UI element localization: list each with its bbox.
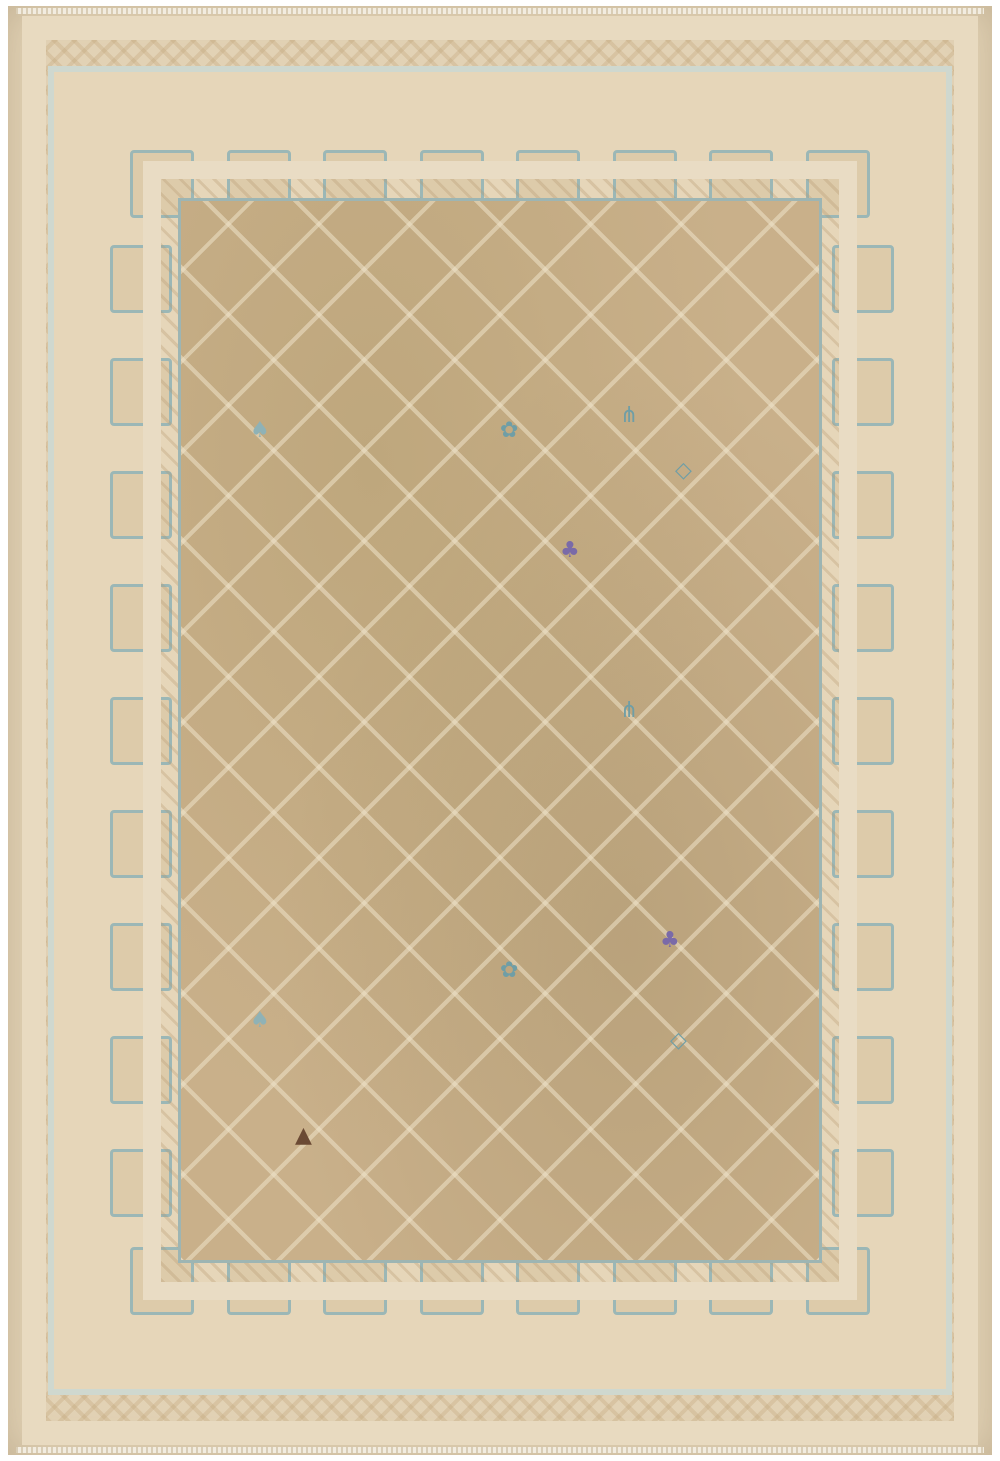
floral-motif-icon: ▲ xyxy=(295,1125,312,1147)
floral-motif-icon: ⋔ xyxy=(620,405,638,427)
floral-motif-icon: ♣ xyxy=(660,930,680,952)
floral-motif-icon: ♠ xyxy=(250,420,270,442)
rug-fringe-bottom xyxy=(16,1447,984,1453)
floral-motif-icon: ♣ xyxy=(560,540,580,562)
floral-motif-icon: ✿ xyxy=(500,960,518,982)
rug-field-lattice xyxy=(178,198,822,1263)
rug: ✿✿♣♣◇◇♠♠▲⋔⋔ xyxy=(8,6,992,1455)
floral-motif-icon: ◇ xyxy=(670,1030,687,1052)
floral-motif-icon: ⋔ xyxy=(620,700,638,722)
floral-motif-icon: ◇ xyxy=(675,460,692,482)
floral-motif-icon: ✿ xyxy=(500,420,518,442)
floral-motif-icon: ♠ xyxy=(250,1010,270,1032)
rug-fringe-top xyxy=(16,8,984,14)
